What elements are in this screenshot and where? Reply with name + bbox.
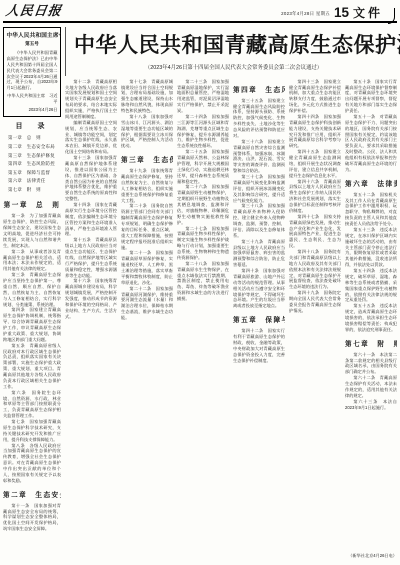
law-paragraph: 第二条 从事或者涉及青藏高原生态保护相关活动，适用本法；本法未作规定的，适用其他… bbox=[3, 249, 61, 273]
law-paragraph: 第四十三条 国家建立健全青藏高原生态保护补偿机制，加大重点生态功能区转移支付力度… bbox=[289, 79, 341, 114]
section-name: 文件 bbox=[353, 7, 383, 19]
chapter-heading: 第四章 生态风险防控 bbox=[233, 84, 285, 94]
table-of-contents: 目 录 第一章 总 则第二章 生态安全布局第三章 生态保护修复第四章 生态风险防… bbox=[3, 121, 61, 194]
law-paragraph: 第四十六条 青藏高原县级以上地方人民政府应当将生态保护工作纳入国民经济和社会发展… bbox=[289, 179, 341, 214]
toc-item: 第六章 法律责任 bbox=[3, 177, 61, 186]
page-content: 中华人民共和国主席令 第五号 《中华人民共和国青藏高原生态保护法》已由中华人民共… bbox=[0, 23, 400, 561]
column-6: 第四十三条 国家建立健全青藏高原生态保护补偿机制，加大重点生态功能区转移支付力度… bbox=[289, 79, 341, 559]
law-paragraph: 第二十六条 国家加强青藏高原野生动植物保护，定期组织开展野生动植物及其栖息地调查… bbox=[177, 184, 229, 225]
masthead: 人民日报 2023年4月28日 星期五 15 文件 bbox=[0, 0, 400, 21]
law-paragraph: 第四十五条 国家建立健全青藏高原生态监测网络，组织开展生态状况调查评估，建立信息… bbox=[289, 149, 341, 178]
presidential-order-box: 中华人民共和国主席令 第五号 《中华人民共和国青藏高原生态保护法》已由中华人民共… bbox=[3, 27, 61, 118]
chapter-heading: 第五章 保障与监督 bbox=[233, 314, 285, 324]
order-signer: 中华人民共和国主席 习近平 bbox=[7, 93, 58, 105]
toc-item: 第五章 保障与监督 bbox=[3, 169, 61, 178]
law-paragraph: 第一条 为了加强青藏高原生态保护，防控生态风险，保障生态安全，建设国家生态文明高… bbox=[3, 213, 61, 248]
law-paragraph: 第十六条 国家统筹青藏高原城乡建设布局，科学规划城镇发展，严格控制开发强度，推动… bbox=[65, 278, 117, 319]
law-paragraph: 第六条 国务院生态环境、自然资源、水行政、林业和草原等主管部门按照职责分工，负责… bbox=[3, 390, 61, 419]
text-columns: 第十二条 青藏高原相关地方各级人民政府应当落实国家发展规划和国土空间规划关于青藏… bbox=[65, 79, 397, 559]
toc-heading: 目 录 bbox=[3, 121, 61, 131]
law-paragraph: 第二十三条 国家加强青藏高原湿地保护，实行湿地面积总量管控，严格湿地用途监管，对… bbox=[177, 79, 229, 114]
law-paragraph: 第七条 国家加强青藏高原生态保护科学技术研究，支持关键技术研究开发和推广应用，提… bbox=[3, 419, 61, 443]
order-body: 《中华人民共和国青藏高原生态保护法》已由中华人民共和国第十四届全国人民代表大会常… bbox=[7, 50, 58, 92]
law-title: 中华人民共和国青藏高原生态保护法 bbox=[74, 29, 393, 59]
law-paragraph: 第十一条 国家加强对青藏高原生态安全布局的统筹，科学谋划生态安全整体格局，优化国… bbox=[3, 503, 61, 532]
law-paragraph: 第二十八条 国家加强青藏高原水生生物保护，在重点水域依法实行禁渔期、禁渔区制度，… bbox=[177, 261, 229, 302]
column-1: 中华人民共和国主席令 第五号 《中华人民共和国青藏高原生态保护法》已由中华人民共… bbox=[3, 27, 61, 559]
law-paragraph: 第三十六条 国家建立青藏高原自然灾害综合监测预警体系，加强冰崩、冰湖溃决、山洪、… bbox=[233, 139, 285, 174]
toc-item: 第三章 生态保护修复 bbox=[3, 152, 61, 161]
law-paragraph: 第十三条 国家加强青藏高原自然保护地体系建设，推进以国家公园为主体、自然保护区为… bbox=[65, 155, 117, 202]
law-paragraph: 第二十二条 国家加强青藏高原河湖保护，维持重要河湖生态流量（水量）和湖泊合理水位… bbox=[121, 286, 173, 321]
toc-item: 第七章 附 则 bbox=[3, 186, 61, 195]
law-paragraph: 第六十二条 青藏高原生态保护有关活动，本法未作规定的，适用其他有关法律的规定。 bbox=[345, 375, 397, 399]
law-paragraph: 第五条 青藏高原省级人民政府对本行政区域生态保护负总责，组织落实国家有关决策部署… bbox=[3, 343, 61, 390]
newspaper-page: 人民日报 2023年4月28日 星期五 15 文件 中华人民共和国主席令 第五号… bbox=[0, 0, 400, 565]
law-paragraph: 第四十七条 国家支持青藏高原绿色发展，推动生态产业化和产业生态化，发展高原特色产… bbox=[289, 214, 341, 249]
law-paragraph: 第五十三条 违反本法规定，在冰川保护区域内实施破坏生态的活动的，由有关主管部门责… bbox=[345, 227, 397, 268]
law-paragraph: 第三条 青藏高原生态保护应当坚持生态保护第一，尊重自然、顺应自然、保护自然，自然… bbox=[3, 272, 61, 307]
law-paragraph: 第四十九条 国务院定期向全国人民代表大会常务委员会报告青藏高原生态保护情况。 bbox=[289, 290, 341, 314]
law-title-block: 中华人民共和国青藏高原生态保护法 （2023年4月26日第十四届全国人民代表大会… bbox=[65, 27, 397, 76]
law-paragraph: 第十八条 国家加强对雪山冰川、江河源头、湖泊湿地等重要生态功能区域的保护，根据需… bbox=[121, 114, 173, 149]
law-paragraph: 第二十一条 国家加强青藏高原草原保护修复，实施退牧还草、人工种草、黑土滩治理等措… bbox=[121, 250, 173, 285]
law-paragraph: 第五十二条 国家机关及其工作人员在青藏高原生态保护工作中滥用职权、玩忽职守、徇私… bbox=[345, 192, 397, 227]
law-paragraph: 第十二条 青藏高原相关地方各级人民政府应当落实国家发展规划和国土空间规划关于青藏… bbox=[65, 79, 117, 120]
law-paragraph: 第五十五条 违反本法规定，造成青藏高原生态环境损害的，依法承担生态环境损害赔偿等… bbox=[345, 303, 397, 332]
law-paragraph: 第三十五条 国家建立健全青藏高原生态风险防控体系，坚持源头预防、系统防控，加强气… bbox=[233, 98, 285, 139]
law-paragraph: 第十九条 国家统筹青藏高原生态保护修复，坚持自然恢复为主、自然恢复与人工修复相结… bbox=[121, 168, 173, 203]
law-paragraph: 第四十二条 国家实行有利于青藏高原生态保护的财政、税收、金融等政策，中央财政加大… bbox=[233, 328, 285, 363]
chapter-heading: 第二章 生态安全布局 bbox=[3, 489, 61, 499]
law-paragraph: 第五十一条 对青藏高原生态保护不力、问题突出的地区，国务院有关部门按照国家有关规… bbox=[345, 114, 397, 173]
column-4: 第二十三条 国家加强青藏高原湿地保护，实行湿地面积总量管控，严格湿地用途监管，对… bbox=[177, 79, 229, 559]
toc-item: 第二章 生态安全布局 bbox=[3, 143, 61, 152]
chapter-heading: 第一章 总 则 bbox=[3, 199, 61, 209]
masthead-logo: 人民日报 bbox=[5, 0, 64, 19]
law-paragraph: 第五十条 国家实行青藏高原生态环境保护督察制度，对青藏高原生态环境突出问题开展专… bbox=[345, 79, 397, 114]
law-paragraph: 第二十七条 国家加强青藏高原生物多样性保护，制定实施生物多样性保护战略与行动计划… bbox=[177, 226, 229, 261]
column-3: 第十七条 青藏高原城镇建设应当符合国土空间规划，合理布局基础设施，加强生态廊道建… bbox=[121, 79, 173, 559]
law-paragraph: 编制青藏高原国土空间规划，应当统筹生态、农业、城镇等功能空间，划定落实生态保护红… bbox=[65, 120, 117, 155]
toc-item: 第四章 生态风险防控 bbox=[3, 160, 61, 169]
law-paragraph: 第十五条 青藏高原县级以上地方人民政府应当对重点生态功能区、生态保护红线、自然保… bbox=[65, 237, 117, 278]
law-paragraph: 第三十八条 国家加强青藏高原外来物种入侵防控，建立健全外来入侵物种调查、监测、预… bbox=[233, 203, 285, 238]
order-date: 2023年4月26日 bbox=[7, 107, 58, 113]
masthead-right: 2023年4月28日 星期五 15 文件 bbox=[281, 3, 395, 19]
law-subtitle: （2023年4月26日第十四届全国人民代表大会常务委员会第二次会议通过） bbox=[74, 63, 393, 71]
page-number: 15 bbox=[334, 6, 349, 20]
column-7: 第五十条 国家实行青藏高原生态环境保护督察制度，对青藏高原生态环境突出问题开展专… bbox=[345, 79, 397, 559]
law-paragraph: 第二十五条 国家加强青藏高原天然林、公益林保护管理，科学开展大规模国土绿化行动，… bbox=[177, 149, 229, 184]
order-title: 中华人民共和国主席令 bbox=[7, 31, 58, 39]
toc-list: 第一章 总 则第二章 生态安全布局第三章 生态保护修复第四章 生态风险防控第五章… bbox=[3, 134, 61, 194]
law-paragraph: 第二十四条 国家加强三江源等江河源头区域和青海湖、羌塘等重点区域生态保护修复，提… bbox=[177, 114, 229, 149]
column-7-text: 第五十条 国家实行青藏高原生态环境保护督察制度，对青藏高原生态环境突出问题开展专… bbox=[345, 79, 397, 411]
law-paragraph: 第六十一条 本法第二条第二款规定的相关县级行政区域名录，由国务院有关部门确定并公… bbox=[345, 352, 397, 376]
law-paragraph: 第三十七条 国家加强青藏高原气候变化影响监测评估，组织开展冰冻圈变化及其影响综合… bbox=[233, 174, 285, 203]
law-paragraph: 第三十九条 青藏高原县级以上地方人民政府应当加强草原鼠害、病虫害的监测预警和综合… bbox=[233, 239, 285, 268]
toc-item: 第一章 总 则 bbox=[3, 134, 61, 143]
order-number: 第五号 bbox=[7, 41, 58, 47]
law-paragraph: 第十七条 青藏高原城镇建设应当符合国土空间规划，合理布局基础设施，加强生态廊道建… bbox=[121, 79, 173, 114]
column-5: 第四章 生态风险防控第三十五条 国家建立健全青藏高原生态风险防控体系，坚持源头预… bbox=[233, 79, 285, 559]
law-paragraph: 第四条 国家建立青藏高原生态保护协调机制，统筹指导、综合协调青藏高原生态保护工作… bbox=[3, 307, 61, 342]
law-paragraph: 第八条 各级人民政府应当加强青藏高原生态保护的宣传教育，增强全社会生态保护意识。… bbox=[3, 443, 61, 484]
column-1-text: 第一章 总 则第一条 为了加强青藏高原生态保护，防控生态风险，保障生态安全，建设… bbox=[3, 199, 61, 532]
date-line: 2023年4月28日 星期五 bbox=[281, 11, 330, 17]
law-paragraph: 第六十三条 本法自2023年9月1日起施行。 bbox=[345, 399, 397, 411]
law-paragraph: 第四十八条 国务院有关部门和青藏高原县级以上地方人民政府及其有关部门依照本法和有… bbox=[289, 249, 341, 290]
law-paragraph: 第四十四条 国家加强青藏高原生态保护科技创新能力建设，支持关键技术研究开发和推广… bbox=[289, 114, 341, 149]
law-paragraph: 第五十四条 违反本法规定，破坏草原、湿地、森林等生态系统或者猎捕、采集国家重点保… bbox=[345, 268, 397, 303]
column-2: 第十二条 青藏高原相关地方各级人民政府应当落实国家发展规划和国土空间规划关于青藏… bbox=[65, 79, 117, 559]
main-area: 中华人民共和国青藏高原生态保护法 （2023年4月26日第十四届全国人民代表大会… bbox=[65, 27, 397, 559]
chapter-heading: 第六章 法律责任 bbox=[345, 178, 397, 188]
chapter-heading: 第三章 生态保护修复 bbox=[121, 154, 173, 164]
law-paragraph: 第四十条 国家加强对青藏高原旅游、山地户外运动等活动的规范管理。从事相关活动应当… bbox=[233, 268, 285, 309]
xinhua-dateline: （新华社北京4月26日电） bbox=[345, 553, 397, 559]
law-paragraph: 第十四条 国家在青藏高原实行生态环境分区管控制度，依法编制生态环境分区管控方案和… bbox=[65, 202, 117, 237]
chapter-heading: 第七章 附 则 bbox=[345, 338, 397, 348]
law-paragraph: 第二十条 国务院自然资源主管部门会同有关部门编制青藏高原生态保护修复专项规划，明… bbox=[121, 203, 173, 250]
